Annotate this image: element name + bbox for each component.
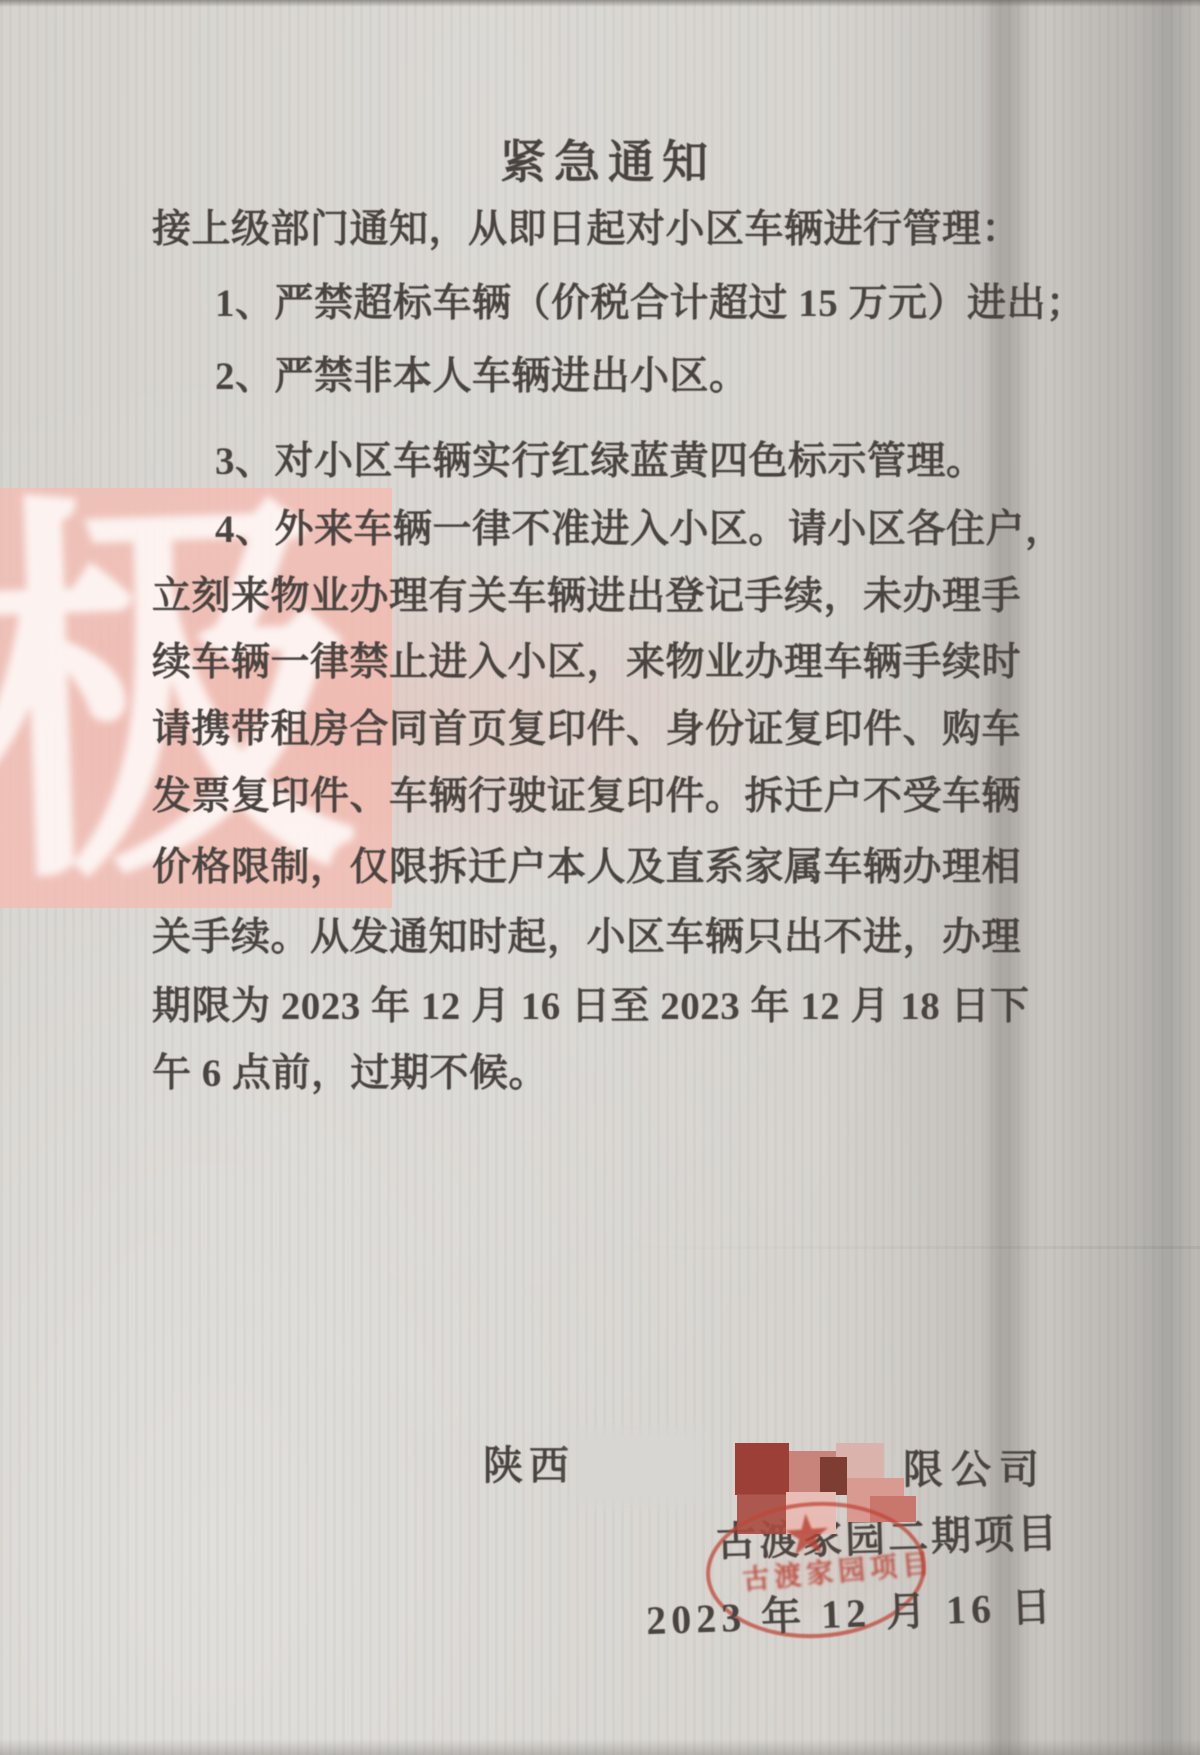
notice-line: 3、对小区车辆实行红绿蓝黄四色标示管理。 xyxy=(215,430,986,486)
redaction-blur-box xyxy=(583,1438,693,1496)
notice-line: 4、外来车辆一律不准进入小区。请小区各住户， xyxy=(215,498,1065,554)
notice-title: 紧急通知 xyxy=(500,126,716,192)
notice-line: 续车辆一律禁止进入小区，来物业办理车辆手续时 xyxy=(152,631,1021,687)
notice-line: 立刻来物业办理有关车辆进出登记手续，未办理手 xyxy=(152,565,1021,621)
notice-line: 1、严禁超标车辆（价税合计超过 15 万元）进出； xyxy=(215,272,1086,328)
paper-fold-line xyxy=(600,1246,1200,1249)
redaction-block xyxy=(820,1457,847,1495)
notice-line: 价格限制，仅限拆迁户本人及直系家属车辆办理相 xyxy=(152,836,1021,892)
notice-line: 2、严禁非本人车辆进出小区。 xyxy=(215,345,749,401)
scanned-notice-photo: 极 紧急通知 接上级部门通知，从即日起对小区车辆进行管理： 1、严禁超标车辆（价… xyxy=(0,0,1200,1755)
notice-line: 发票复印件、车辆行驶证复印件。拆迁户不受车辆 xyxy=(152,765,1021,821)
issuer-company-prefix: 陕西 xyxy=(483,1434,575,1491)
redaction-block xyxy=(735,1443,789,1495)
notice-line: 午 6 点前，过期不候。 xyxy=(152,1042,548,1098)
issuer-company-suffix: 限公司 xyxy=(903,1438,1047,1495)
notice-line: 请携带租房合同首页复印件、身份证复印件、购车 xyxy=(152,698,1021,754)
notice-line: 期限为 2023 年 12 月 16 日至 2023 年 12 月 18 日下 xyxy=(152,975,1030,1031)
notice-line: 关手续。从发通知时起，小区车辆只出不进，办理 xyxy=(152,906,1021,962)
notice-line: 接上级部门通知，从即日起对小区车辆进行管理： xyxy=(152,198,1021,254)
